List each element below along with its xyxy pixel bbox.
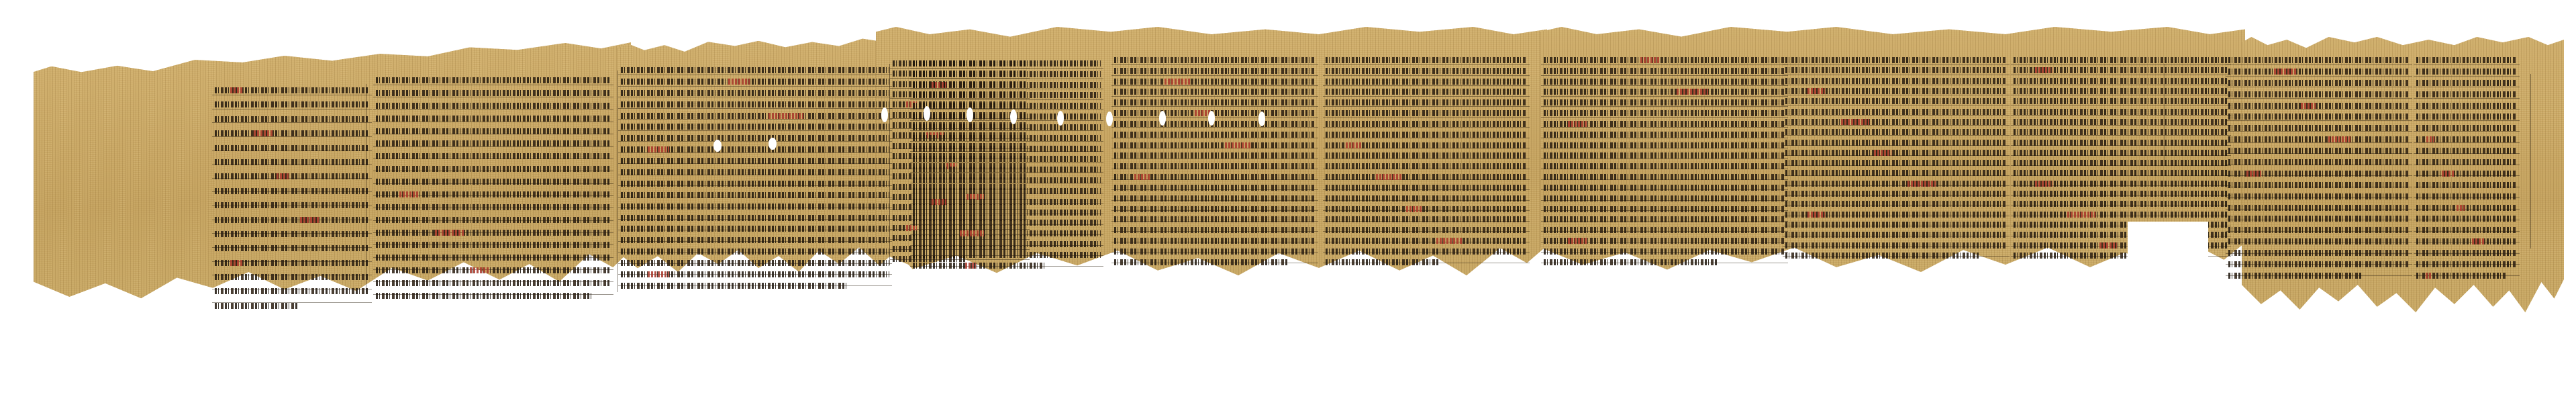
hieratic-line xyxy=(1785,98,2007,104)
text-column xyxy=(621,67,889,289)
hieratic-line xyxy=(913,124,1101,130)
hieratic-line xyxy=(2228,91,2410,97)
hieratic-line xyxy=(2014,212,2228,218)
hieratic-line xyxy=(2416,69,2517,75)
hieratic-line xyxy=(913,114,1101,120)
hieratic-line xyxy=(2228,159,2410,165)
hieratic-line xyxy=(215,188,369,194)
hieratic-line xyxy=(2416,193,2517,199)
hieratic-line xyxy=(1544,238,1785,244)
hieratic-line xyxy=(1114,227,1316,233)
hieratic-line xyxy=(376,103,611,109)
hieratic-line xyxy=(913,103,1101,109)
hieratic-line xyxy=(2416,273,2507,279)
hieratic-line xyxy=(1326,185,1527,191)
hieratic-line xyxy=(215,130,369,136)
wormhole xyxy=(1106,111,1113,126)
hieratic-line xyxy=(621,146,889,152)
hieratic-line xyxy=(376,293,592,299)
hieratic-line xyxy=(2014,201,2228,207)
column-rule xyxy=(2530,74,2531,248)
hieratic-line xyxy=(376,217,611,223)
hieratic-line xyxy=(2416,205,2517,211)
papyrus-scroll: Ancient Egyptian papyrus scroll with hie… xyxy=(0,0,2576,407)
hieratic-line xyxy=(2014,119,2228,125)
hieratic-line xyxy=(1785,129,2007,135)
hieratic-line xyxy=(621,169,889,175)
hieratic-line xyxy=(1785,201,2007,207)
hieratic-line xyxy=(215,202,369,208)
hieratic-line xyxy=(2416,125,2517,131)
hieratic-line xyxy=(1326,132,1527,138)
hieratic-line xyxy=(1326,99,1527,105)
hieratic-line xyxy=(215,217,369,223)
hieratic-line xyxy=(621,226,889,232)
column-rule xyxy=(617,71,618,292)
hieratic-line xyxy=(1785,78,2007,84)
hieratic-line xyxy=(1114,89,1316,95)
hieratic-line xyxy=(2228,136,2410,142)
hieratic-line xyxy=(2014,98,2228,104)
hieratic-line xyxy=(1785,67,2007,73)
hieratic-line xyxy=(913,167,1101,173)
text-column xyxy=(913,60,1101,269)
hieratic-line xyxy=(215,87,369,93)
hieratic-line xyxy=(1785,232,2007,238)
wormhole xyxy=(1159,111,1166,126)
hieratic-line xyxy=(1326,216,1527,222)
hieratic-line xyxy=(2416,148,2517,154)
hieratic-line xyxy=(913,199,1101,205)
hieratic-line xyxy=(2416,80,2517,86)
hieratic-line xyxy=(376,204,611,210)
hieratic-line xyxy=(913,60,1101,66)
hieratic-line xyxy=(215,116,369,122)
hieratic-line xyxy=(376,179,611,185)
hieratic-line xyxy=(1544,206,1785,212)
text-column xyxy=(376,77,611,299)
hieratic-line xyxy=(2228,69,2410,75)
hieratic-line xyxy=(2014,140,2228,146)
hieratic-line xyxy=(1114,206,1316,212)
hieratic-line xyxy=(621,192,889,198)
hieratic-line xyxy=(1785,160,2007,166)
hieratic-line xyxy=(1544,57,1785,63)
hieratic-line xyxy=(913,230,1101,236)
hieratic-line xyxy=(621,113,889,119)
hieratic-line xyxy=(376,230,611,236)
hieratic-line xyxy=(1114,238,1316,244)
hieratic-line xyxy=(2416,57,2517,63)
hieratic-line xyxy=(376,242,611,248)
hieratic-line xyxy=(913,71,1101,77)
hieratic-line xyxy=(2416,136,2517,142)
hieratic-line xyxy=(1544,142,1785,148)
hieratic-line xyxy=(215,173,369,179)
hieratic-line xyxy=(913,156,1101,162)
hieratic-line xyxy=(2228,171,2410,177)
hieratic-line xyxy=(215,288,369,294)
hieratic-line xyxy=(913,146,1101,152)
hieratic-line xyxy=(2014,78,2228,84)
wormhole xyxy=(1258,111,1265,126)
hieratic-line xyxy=(1326,68,1527,74)
hieratic-line xyxy=(621,237,889,243)
hieratic-line xyxy=(215,260,369,266)
hieratic-line xyxy=(1544,163,1785,169)
hieratic-line xyxy=(1544,227,1785,233)
hieratic-line xyxy=(621,67,889,73)
hieratic-line xyxy=(376,128,611,134)
hieratic-line xyxy=(1114,142,1316,148)
hieratic-line xyxy=(1544,99,1785,105)
hieratic-line xyxy=(1544,259,1718,265)
hieratic-line xyxy=(1785,119,2007,125)
hieratic-line xyxy=(2416,250,2517,256)
hieratic-line xyxy=(215,274,369,280)
hieratic-line xyxy=(1544,174,1785,180)
hieratic-line xyxy=(1326,248,1527,255)
hieratic-line xyxy=(2228,227,2410,233)
hieratic-line xyxy=(1544,110,1785,116)
hieratic-line xyxy=(2228,57,2410,63)
hieratic-line xyxy=(2014,150,2228,156)
hieratic-line xyxy=(2416,103,2517,109)
hieratic-line xyxy=(1326,259,1438,265)
hieratic-line xyxy=(1114,174,1316,180)
hieratic-line xyxy=(2416,159,2517,165)
hieratic-line xyxy=(376,267,611,273)
hieratic-line xyxy=(2014,88,2228,94)
hieratic-line xyxy=(1544,79,1785,85)
hieratic-line xyxy=(2228,125,2410,131)
hieratic-line xyxy=(1326,195,1527,201)
hieratic-line xyxy=(1114,216,1316,222)
hieratic-line xyxy=(2228,182,2410,188)
text-column xyxy=(1785,57,2007,259)
hieratic-line xyxy=(376,140,611,146)
hieratic-line xyxy=(215,231,369,237)
hieratic-line xyxy=(215,303,298,309)
hieratic-line xyxy=(376,116,611,122)
hieratic-line xyxy=(1785,191,2007,197)
hieratic-line xyxy=(1785,150,2007,156)
hieratic-line xyxy=(913,188,1101,194)
hieratic-line xyxy=(1114,152,1316,159)
column-rule xyxy=(889,64,890,265)
hieratic-line xyxy=(2014,170,2228,176)
wormhole xyxy=(1057,111,1064,126)
hieratic-line xyxy=(376,280,611,286)
hieratic-line xyxy=(2228,114,2410,120)
hieratic-line xyxy=(1544,185,1785,191)
hieratic-line xyxy=(2416,227,2517,233)
hieratic-line xyxy=(2014,191,2228,197)
hieratic-line xyxy=(1785,57,2007,63)
hieratic-line xyxy=(1785,212,2007,218)
hieratic-line xyxy=(376,255,611,261)
hieratic-line xyxy=(215,159,369,165)
wormhole xyxy=(881,107,888,122)
hieratic-line xyxy=(1544,152,1785,159)
text-column xyxy=(1114,57,1316,265)
hieratic-line xyxy=(913,210,1101,216)
hieratic-line xyxy=(2416,114,2517,120)
hieratic-line xyxy=(621,203,889,210)
hieratic-line xyxy=(621,248,889,255)
hieratic-line xyxy=(2014,181,2228,187)
hieratic-line xyxy=(1544,248,1785,255)
hieratic-line xyxy=(621,90,889,96)
hieratic-line xyxy=(2416,238,2517,244)
hieratic-line xyxy=(1785,242,2007,248)
hieratic-line xyxy=(2014,67,2228,73)
hieratic-line xyxy=(1544,89,1785,95)
hieratic-line xyxy=(1114,110,1316,116)
hieratic-line xyxy=(1114,185,1316,191)
hieratic-line xyxy=(1114,57,1316,63)
hieratic-line xyxy=(2014,109,2228,115)
hieratic-line xyxy=(2416,91,2517,97)
text-column xyxy=(1544,57,1785,265)
hieratic-line xyxy=(2416,171,2517,177)
hieratic-line xyxy=(1326,142,1527,148)
hieratic-line xyxy=(1326,110,1527,116)
hieratic-line xyxy=(621,271,889,277)
hieratic-line xyxy=(621,124,889,130)
hieratic-line xyxy=(2228,205,2410,211)
hieratic-line xyxy=(1114,79,1316,85)
hieratic-line xyxy=(1114,259,1287,265)
text-column xyxy=(215,87,369,309)
hieratic-line xyxy=(1114,121,1316,127)
hieratic-line xyxy=(1326,163,1527,169)
hieratic-line xyxy=(1326,206,1527,212)
hieratic-line xyxy=(1114,99,1316,105)
hieratic-line xyxy=(1114,195,1316,201)
wormhole xyxy=(769,138,777,150)
hieratic-line xyxy=(1326,57,1527,63)
hieratic-line xyxy=(1785,253,1980,259)
hieratic-line xyxy=(1544,195,1785,201)
hieratic-line xyxy=(2228,80,2410,86)
hieratic-line xyxy=(2416,182,2517,188)
hieratic-line xyxy=(2416,216,2517,222)
hieratic-line xyxy=(376,191,611,197)
hieratic-line xyxy=(376,90,611,96)
hieratic-line xyxy=(621,260,889,266)
hieratic-line xyxy=(621,135,889,141)
hieratic-line xyxy=(913,263,1044,269)
hieratic-line xyxy=(1544,68,1785,74)
hieratic-line xyxy=(2228,261,2410,267)
hieratic-line xyxy=(1785,222,2007,228)
hieratic-line xyxy=(376,153,611,159)
hieratic-line xyxy=(913,241,1101,247)
hieratic-line xyxy=(2014,160,2228,166)
hieratic-line xyxy=(2228,193,2410,199)
hieratic-line xyxy=(1785,170,2007,176)
hieratic-line xyxy=(1785,140,2007,146)
text-column xyxy=(1326,57,1527,265)
hieratic-line xyxy=(1114,248,1316,255)
hieratic-line xyxy=(621,215,889,221)
hieratic-line xyxy=(1114,163,1316,169)
hieratic-line xyxy=(621,181,889,187)
hieratic-line xyxy=(913,92,1101,98)
hieratic-line xyxy=(913,135,1101,141)
hieratic-line xyxy=(2228,103,2410,109)
hieratic-line xyxy=(1785,181,2007,187)
hieratic-line xyxy=(376,77,611,83)
hieratic-line xyxy=(376,166,611,172)
hieratic-line xyxy=(621,101,889,107)
missing-fragment xyxy=(2128,222,2208,316)
hieratic-line xyxy=(621,79,889,85)
wormhole xyxy=(1208,111,1215,126)
hieratic-line xyxy=(913,177,1101,183)
hieratic-line xyxy=(1326,227,1527,233)
hieratic-line xyxy=(1785,88,2007,94)
hieratic-line xyxy=(2228,148,2410,154)
wormhole xyxy=(967,107,973,122)
hieratic-line xyxy=(1326,174,1527,180)
hieratic-line xyxy=(1785,109,2007,115)
hieratic-line xyxy=(1544,216,1785,222)
hieratic-line xyxy=(1326,89,1527,95)
hieratic-line xyxy=(1326,152,1527,159)
wormhole xyxy=(924,106,930,121)
hieratic-line xyxy=(215,101,369,107)
hieratic-line xyxy=(621,283,846,289)
wormhole xyxy=(1010,109,1017,124)
hieratic-line xyxy=(2228,250,2410,256)
hieratic-line xyxy=(913,220,1101,226)
hieratic-line xyxy=(2416,261,2517,267)
hieratic-line xyxy=(913,82,1101,88)
hieratic-line xyxy=(215,145,369,151)
wormhole xyxy=(713,140,722,152)
hieratic-line xyxy=(1326,79,1527,85)
hieratic-line xyxy=(2228,273,2363,279)
hieratic-line xyxy=(1326,238,1527,244)
hieratic-line xyxy=(1326,121,1527,127)
hieratic-line xyxy=(913,252,1101,258)
hieratic-line xyxy=(1114,132,1316,138)
hieratic-line xyxy=(1544,121,1785,127)
hieratic-line xyxy=(1544,132,1785,138)
hieratic-line xyxy=(215,245,369,251)
hieratic-line xyxy=(2228,238,2410,244)
hieratic-line xyxy=(1114,68,1316,74)
hieratic-line xyxy=(2014,253,2138,259)
text-column xyxy=(2228,57,2410,279)
hieratic-line xyxy=(2014,57,2228,63)
hieratic-line xyxy=(2228,216,2410,222)
hieratic-line xyxy=(2014,129,2228,135)
text-column xyxy=(2416,57,2517,279)
hieratic-line xyxy=(621,158,889,164)
